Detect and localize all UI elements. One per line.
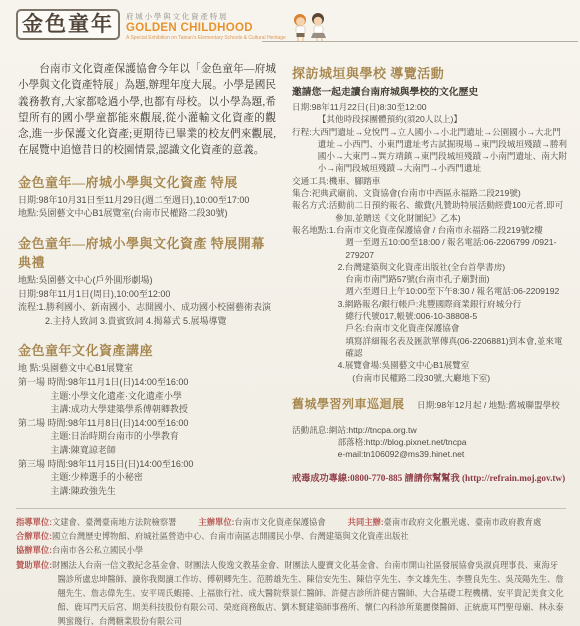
intro-paragraph: 台南市文化資產保護協會今年以「金色童年—府城小學與文化資產特展」為題,辦理年度大… — [18, 62, 276, 160]
contact-blog-line: 部落格:http://blog.pixnet.net/tncpa — [292, 436, 568, 448]
credit-text: 臺南市政府文化觀光處、臺南市政府教育處 — [384, 517, 542, 527]
detail-line: 日期:98年11月22日(日)8:30至12:00 — [292, 101, 568, 113]
credit-text: 台南市各公私立國民小學 — [52, 545, 143, 555]
credits: 指導單位:文建會、臺灣臺南地方法院檢察署主辦單位:台南市文化資產保護協會共同主辦… — [0, 516, 580, 626]
section-title-tour: 探訪城垣與學校 導覽活動 — [292, 63, 568, 82]
header-subtitle-block: 府城小學與文化資產特展 GOLDEN CHILDHOOD A Special E… — [126, 9, 286, 41]
detail-line: 戶名:台南市文化資產保護協會 — [292, 322, 568, 334]
credit-text: 國立台灣歷史博物館、府城社區營造中心、台南市南區志開國民小學、台灣建築與文化資產… — [52, 531, 409, 541]
detail-line: 2.台灣建築與文化資產出版社(全台首學書房) — [292, 261, 568, 273]
children-illustration — [290, 11, 330, 45]
footer-divider — [16, 508, 566, 509]
detail-line: 第三場 時間:98年11月15日(日)14:00至16:00 — [18, 458, 276, 472]
header-rule — [262, 41, 578, 42]
credits-row-2: 合辦單位:國立台灣歷史博物館、府城社區營造中心、台南市南區志開國民小學、台灣建築… — [16, 530, 564, 558]
detail-line: 主題:小學文化遺產·文化遺產小學 — [18, 390, 276, 404]
detail-line: 主講:成功大學建築學系傅朝卿教授 — [18, 403, 276, 417]
contact-block: 活動訊息:網站:http://tncpa.org.tw 部落格:http://b… — [292, 424, 568, 461]
detail-line: 週一至週五10:00至18:00 / 報名電話:06-2206799 /0921… — [292, 236, 568, 261]
detail-line: 3.網路報名/銀行帳戶:兆豐國際商業銀行府城分行 — [292, 298, 568, 310]
contact-label: 活動訊息: — [292, 425, 329, 435]
detail-line: 主講:陳寬諒老師 — [18, 444, 276, 458]
logo-text: 金色童年 — [22, 12, 114, 36]
detail-line: 交通工具:機車、腳踏車 — [292, 175, 568, 187]
credits-row-sponsors: 贊助單位:財團法人台南一信文教紀念基金會、財團法人俊逸文教基金會、財團法人慶寶文… — [16, 559, 564, 626]
credit-label: 主辦單位: — [198, 517, 234, 527]
right-column: 探訪城垣與學校 導覽活動 邀請您一起走讀台南府城與學校的文化歷史 日期:98年1… — [292, 54, 568, 498]
detail-line: 主題:少棒選手的小秘密 — [18, 471, 276, 485]
left-column: 台南市文化資產保護協會今年以「金色童年—府城小學與文化資產特展」為題,辦理年度大… — [18, 54, 276, 498]
credit-label: 合辦單位: — [16, 531, 52, 541]
credit-label: 指導單位: — [16, 517, 52, 527]
mobile-exhibition-info: 日期:98年12月起 / 地點:舊城聯盟學校 — [417, 400, 560, 410]
detail-line: 日期:98年10月31日至11月29日(週二至週日),10:00至17:00 — [18, 194, 276, 208]
detail-line: 主題:日治時期台南市的小學教育 — [18, 430, 276, 444]
credits-row-1: 指導單位:文建會、臺灣臺南地方法院檢察署主辦單位:台南市文化資產保護協會共同主辦… — [16, 516, 564, 530]
detail-line: 第二場 時間:98年11月8日(日)14:00至16:00 — [18, 417, 276, 431]
anti-drug-hotline: 戒毒成功專線:0800-770-885 請請你幫幫我 (http://refra… — [292, 470, 568, 484]
contact-website-line: 活動訊息:網站:http://tncpa.org.tw — [292, 424, 568, 436]
credit-label: 共同主辦: — [348, 517, 384, 527]
section-tour: 探訪城垣與學校 導覽活動 邀請您一起走讀台南府城與學校的文化歷史 日期:98年1… — [292, 63, 568, 384]
website-url: 網站:http://tncpa.org.tw — [329, 425, 417, 435]
detail-line: 第一場 時間:98年11月1日(日)14:00至16:00 — [18, 376, 276, 390]
exhibition-subtitle-en: GOLDEN CHILDHOOD — [126, 22, 286, 35]
detail-line: 報名地點:1.台南市文化資產保護協會 / 台南市永福路二段219號2樓 — [292, 224, 568, 236]
detail-line: 4.展覽會場:吳園藝文中心B1展覽室 — [292, 359, 568, 371]
credit-pair: 協辦單位:台南市各公私立國民小學 — [16, 544, 143, 558]
detail-line: 地點:吳園藝文中心B1展覽室(台南市民權路二段30號) — [18, 207, 276, 221]
section-title-mobile-exhibition: 舊城學習列車巡迴展 — [292, 397, 405, 411]
flyer-page: 金色童年 府城小學與文化資產特展 GOLDEN CHILDHOOD A Spec… — [0, 0, 580, 626]
section-title-exhibition: 金色童年—府城小學與文化資產 特展 — [18, 172, 276, 191]
detail-line: 台南市南門路57號(台南市孔子廟對面) — [292, 273, 568, 285]
detail-line: 【其他時段採團體預約(須20人以上)】 — [292, 113, 568, 125]
header: 金色童年 府城小學與文化資產特展 GOLDEN CHILDHOOD A Spec… — [0, 0, 580, 50]
sponsor-list: 財團法人台南一信文教紀念基金會、財團法人俊逸文教基金會、財團法人慶寶文化基金會、… — [52, 560, 572, 626]
content-columns: 台南市文化資產保護協會今年以「金色童年—府城小學與文化資產特展」為題,辦理年度大… — [0, 50, 580, 498]
credit-pair: 主辦單位:台南市文化資產保護協會 — [198, 516, 325, 530]
exhibition-subtitle-zh: 府城小學與文化資產特展 — [126, 11, 286, 22]
detail-line: 流程:1.勝利國小、新南國小、志開國小、成功國小校園藝術表演 — [18, 301, 276, 315]
tour-subtitle: 邀請您一起走讀台南府城與學校的文化歷史 — [292, 84, 568, 98]
detail-line: 週六至週日上午10:00至下午8:30 / 報名電話:06-2209192 — [292, 285, 568, 297]
detail-line: 填寫詳細報名表及匯款單傳真(06-2206881)到本會,並來電確認 — [292, 335, 568, 360]
credit-pair: 合辦單位:國立台灣歷史博物館、府城社區營造中心、台南市南區志開國民小學、台灣建築… — [16, 530, 409, 544]
detail-line: 主講:陳政強先生 — [18, 485, 276, 499]
detail-line: 集合:祀典武廟前、文資協會(台南市中西區永福路二段219號) — [292, 187, 568, 199]
detail-line: 地點:吳園藝文中心(戶外圓形劇場) — [18, 274, 276, 288]
detail-line: 地 點:吳園藝文中心B1展覽室 — [18, 362, 276, 376]
detail-line: 報名方式:活動前二日預約報名、繳費(凡贊助特展活動經費100元者,即可參加,並贈… — [292, 199, 568, 224]
section-exhibition: 金色童年—府城小學與文化資產 特展 日期:98年10月31日至11月29日(週二… — [18, 172, 276, 221]
detail-line: 日期:98年11月1日(周日),10:00至12:00 — [18, 288, 276, 302]
contact-email-line: e-mail:tn106092@ms39.hinet.net — [292, 448, 568, 460]
credit-text: 文建會、臺灣臺南地方法院檢察署 — [52, 517, 176, 527]
section-lectures: 金色童年文化資產講座 地 點:吳園藝文中心B1展覽室 第一場 時間:98年11月… — [18, 340, 276, 498]
credit-text: 台南市文化資產保護協會 — [234, 517, 325, 527]
detail-line: 2.主持人致詞 3.貴賓致詞 4.揭幕式 5.展場導覽 — [18, 315, 276, 329]
credit-label: 贊助單位: — [16, 560, 52, 570]
detail-line: (台南市民權路二段30號,大廳地下室) — [292, 372, 568, 384]
credit-pair: 指導單位:文建會、臺灣臺南地方法院檢察署 — [16, 516, 176, 530]
section-title-opening: 金色童年—府城小學與文化資產 特展開幕典禮 — [18, 233, 276, 271]
section-mobile-exhibition: 舊城學習列車巡迴展 日期:98年12月起 / 地點:舊城聯盟學校 — [292, 395, 568, 413]
tour-route-line: 行程:大西門遺址→兌悅門→立人國小→小北門遺址→公園國小→大北門遺址→小西門、小… — [292, 126, 568, 175]
logo-box: 金色童年 — [16, 9, 120, 40]
section-opening-ceremony: 金色童年—府城小學與文化資產 特展開幕典禮 地點:吳園藝文中心(戶外圓形劇場) … — [18, 233, 276, 328]
detail-line: 總行代號017,帳號:006-10-38808-5 — [292, 310, 568, 322]
section-title-lectures: 金色童年文化資產講座 — [18, 340, 276, 359]
credit-label: 協辦單位: — [16, 545, 52, 555]
credit-pair: 共同主辦:臺南市政府文化觀光處、臺南市政府教育處 — [348, 516, 542, 530]
